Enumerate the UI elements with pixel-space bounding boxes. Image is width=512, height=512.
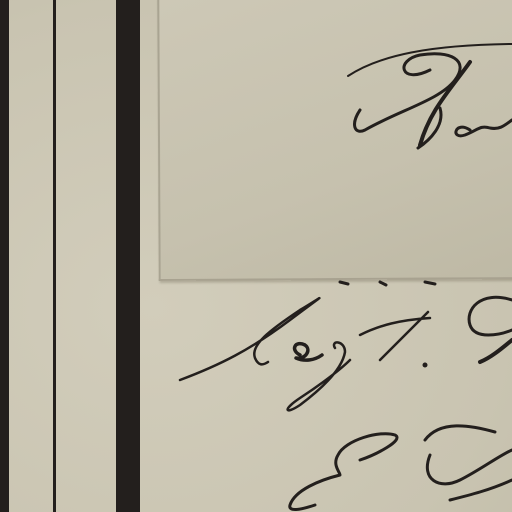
handwriting-strokes (0, 0, 512, 512)
document-page: Ka legt. P E Gh (0, 0, 512, 512)
